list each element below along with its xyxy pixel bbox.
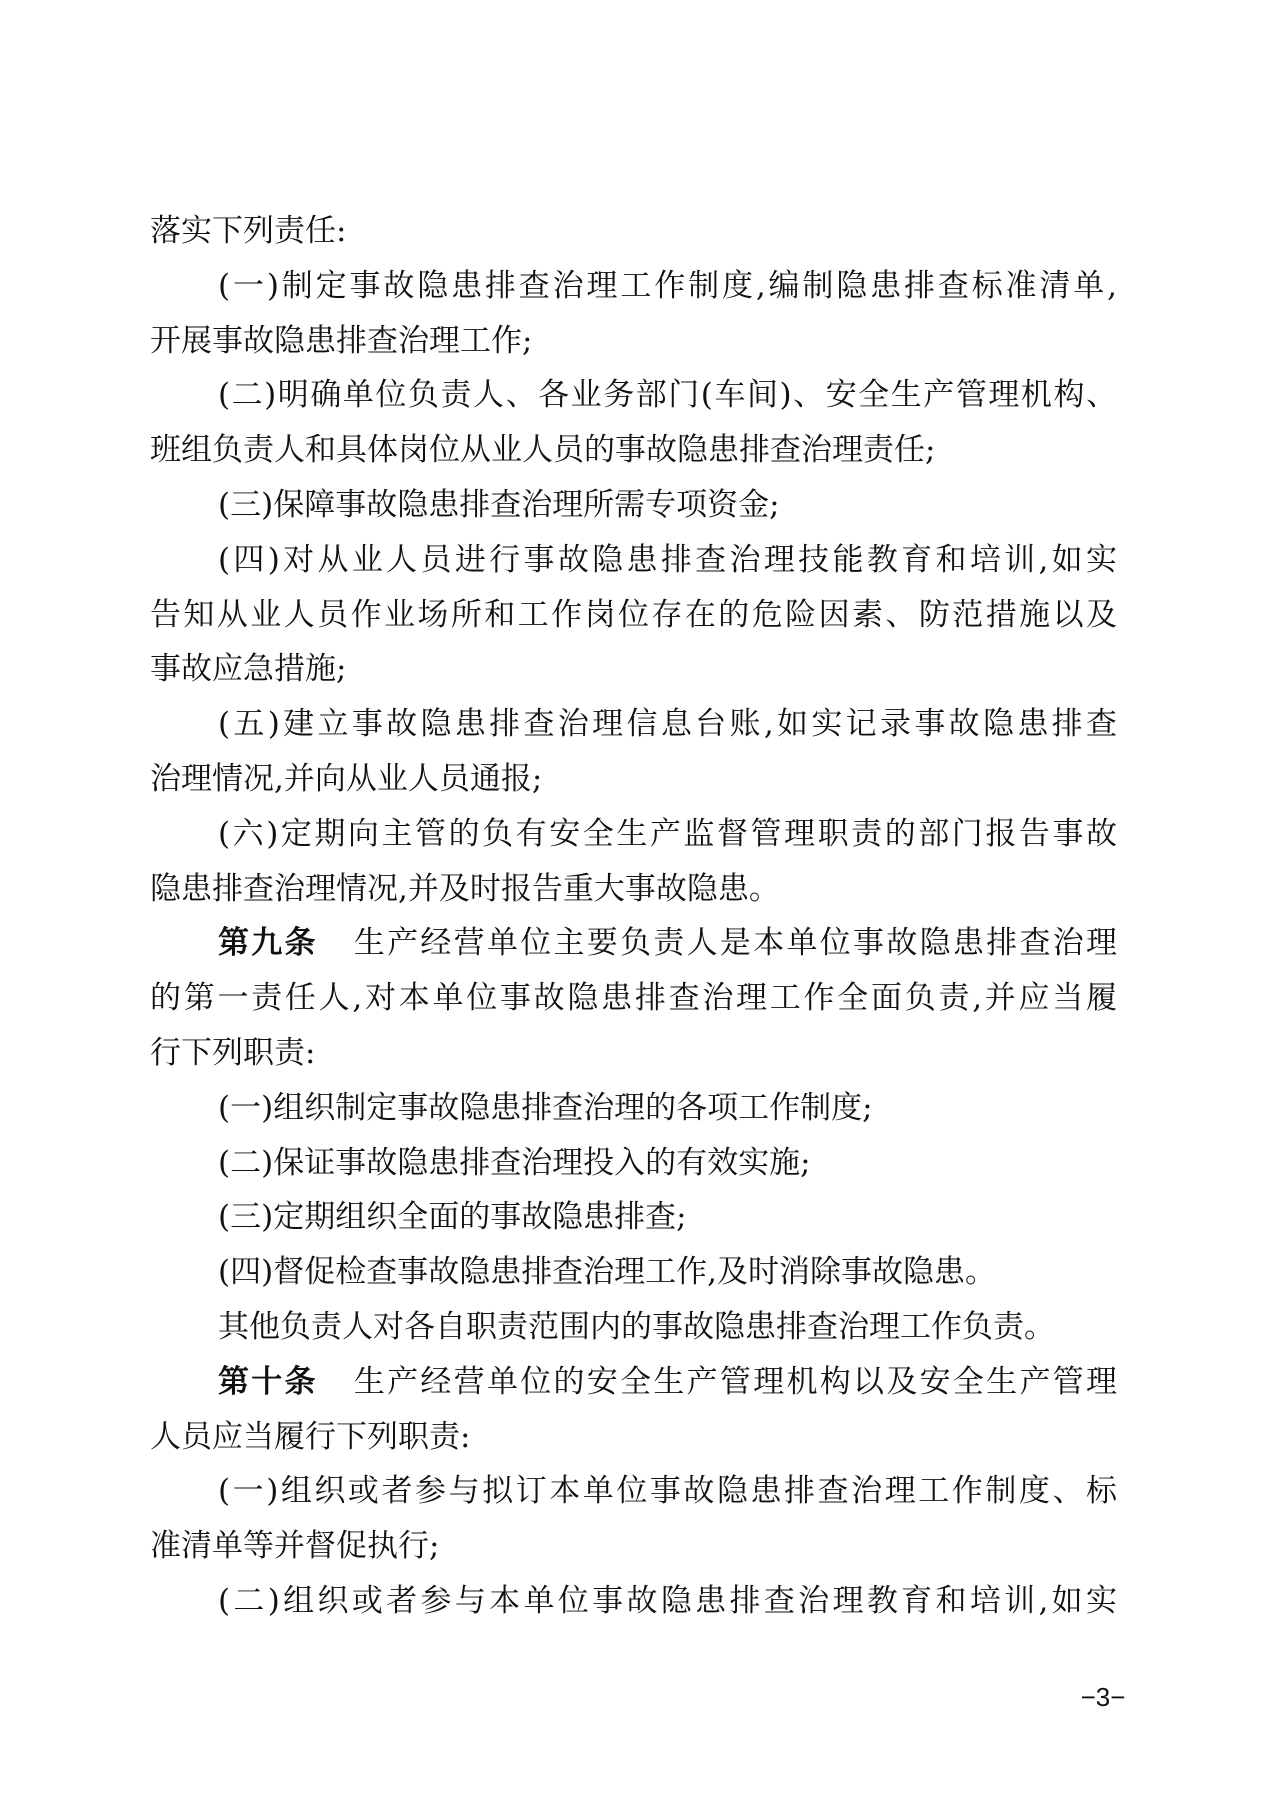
article-line: 第九条生产经营单位主要负责人是本单位事故隐患排查治理 [150, 916, 1117, 971]
article-text: 生产经营单位主要负责人是本单位事故隐患排查治理 [354, 925, 1117, 961]
article-text: 生产经营单位的安全生产管理机构以及安全生产管理 [354, 1364, 1117, 1400]
document-body: 落实下列责任: (一)制定事故隐患排查治理工作制度,编制隐患排查标准清单, 开展… [150, 204, 1117, 1629]
document-page: 落实下列责任: (一)制定事故隐患排查治理工作制度,编制隐患排查标准清单, 开展… [0, 0, 1268, 1796]
text-line: 治理情况,并向从业人员通报; [150, 752, 1117, 807]
text-line: 其他负责人对各自职责范围内的事故隐患排查治理工作负责。 [150, 1300, 1117, 1355]
text-line: 行下列职责: [150, 1026, 1117, 1081]
list-item-line: (四)对从业人员进行事故隐患排查治理技能教育和培训,如实 [150, 533, 1117, 588]
list-item-line: (二)组织或者参与本单位事故隐患排查治理教育和培训,如实 [150, 1574, 1117, 1629]
text-line: 告知从业人员作业场所和工作岗位存在的危险因素、防范措施以及 [150, 588, 1117, 643]
page-number: −3− [1060, 1680, 1146, 1714]
text-line: 班组负责人和具体岗位从业人员的事故隐患排查治理责任; [150, 423, 1117, 478]
article-line: 第十条生产经营单位的安全生产管理机构以及安全生产管理 [150, 1355, 1117, 1410]
list-item-line: (二)明确单位负责人、各业务部门(车间)、安全生产管理机构、 [150, 368, 1117, 423]
article-label: 第九条 [218, 925, 318, 961]
list-item-line: (五)建立事故隐患排查治理信息台账,如实记录事故隐患排查 [150, 697, 1117, 752]
list-item-line: (三)定期组织全面的事故隐患排查; [150, 1190, 1117, 1245]
text-line: 开展事故隐患排查治理工作; [150, 314, 1117, 369]
list-item-line: (一)组织制定事故隐患排查治理的各项工作制度; [150, 1081, 1117, 1136]
list-item-line: (一)组织或者参与拟订本单位事故隐患排查治理工作制度、标 [150, 1464, 1117, 1519]
text-line: 的第一责任人,对本单位事故隐患排查治理工作全面负责,并应当履 [150, 971, 1117, 1026]
text-line: 落实下列责任: [150, 204, 1117, 259]
article-label: 第十条 [218, 1364, 318, 1400]
text-line: 事故应急措施; [150, 642, 1117, 697]
list-item-line: (三)保障事故隐患排查治理所需专项资金; [150, 478, 1117, 533]
list-item-line: (二)保证事故隐患排查治理投入的有效实施; [150, 1136, 1117, 1191]
list-item-line: (六)定期向主管的负有安全生产监督管理职责的部门报告事故 [150, 807, 1117, 862]
text-line: 隐患排查治理情况,并及时报告重大事故隐患。 [150, 862, 1117, 917]
list-item-line: (四)督促检查事故隐患排查治理工作,及时消除事故隐患。 [150, 1245, 1117, 1300]
list-item-line: (一)制定事故隐患排查治理工作制度,编制隐患排查标准清单, [150, 259, 1117, 314]
text-line: 人员应当履行下列职责: [150, 1410, 1117, 1465]
text-line: 准清单等并督促执行; [150, 1519, 1117, 1574]
